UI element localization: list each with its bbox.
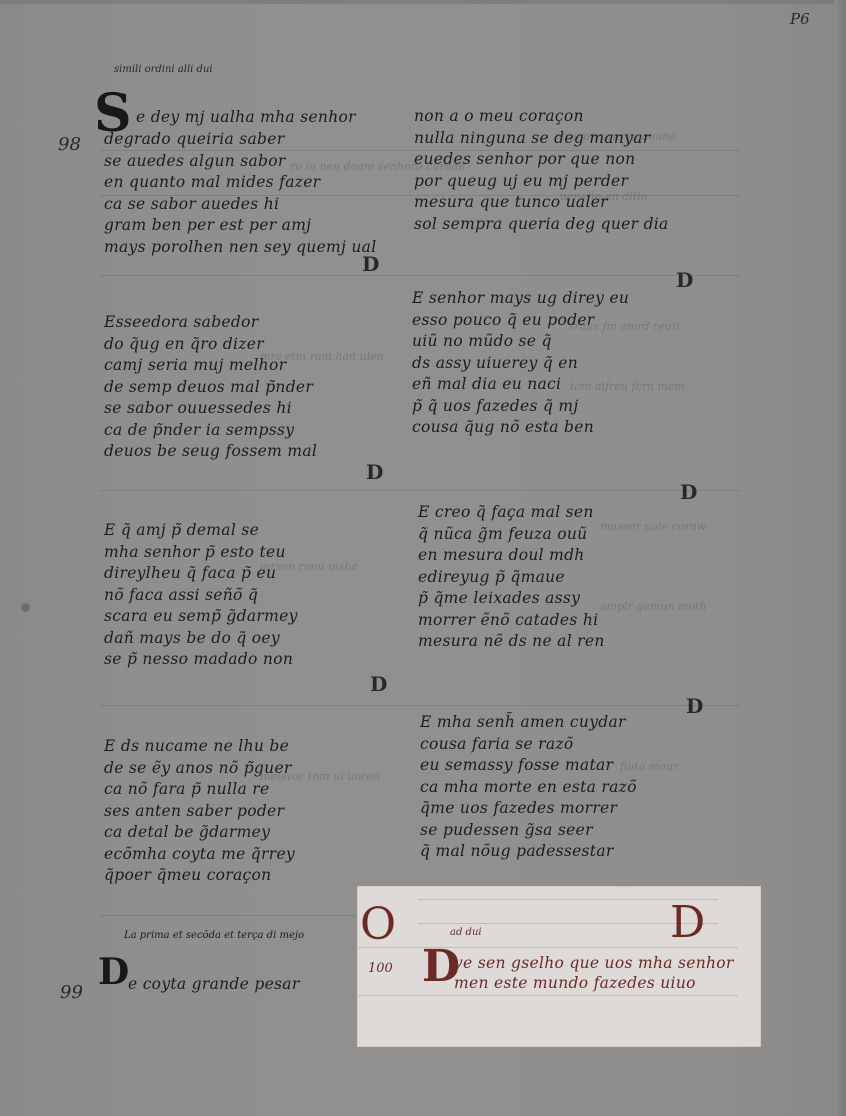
decorated-initial-d: D <box>98 952 129 992</box>
verse-line: direylheu q̃ faca p̃ eu <box>104 563 298 585</box>
verse-line: cousa q̃ug nõ esta ben <box>412 417 629 439</box>
verse-line: ecõmha coyta me q̃rrey <box>104 844 295 866</box>
rubric-poem-100: ad dui <box>450 927 482 938</box>
verse-line: non a o meu coraçon <box>414 106 669 128</box>
verse-line: en quanto mal mides fazer <box>104 172 376 194</box>
ruling-line <box>100 275 740 276</box>
poem-number-99: 99 <box>60 982 83 1003</box>
poem-number-100: 100 <box>368 961 393 976</box>
stanza-right-1: non a o meu coraçon nulla ninguna se deg… <box>414 106 669 235</box>
page-right-edge <box>834 0 846 1116</box>
verse-line: p̃ q̃me leixades assy <box>418 588 605 610</box>
verse-line: ca nõ fara p̃ nulla re <box>104 779 295 801</box>
page-top-edge <box>0 0 846 4</box>
verse-line: mesura nẽ ds ne al ren <box>418 631 605 653</box>
ruling-line <box>100 490 740 491</box>
verse-line: esso pouco q̃ eu poder <box>412 310 629 332</box>
verse-line: ca se sabor auedes hi <box>104 194 376 216</box>
verse-line: por queug uj eu mj perder <box>414 171 669 193</box>
verse-line: dañ mays be do q̃ oey <box>104 628 298 650</box>
verse-line: sol sempra queria deg quer dia <box>414 214 669 236</box>
verse-line: nõ faca assi señõ q̃ <box>104 585 298 607</box>
verse-line: e dey mj ualha mha senhor <box>136 107 356 129</box>
stanza-left-3: E q̃ amj p̃ demal se mha senhor p̃ esto … <box>104 520 298 671</box>
stanza-left-1: e dey mj ualha mha senhor <box>136 107 356 129</box>
verse-line: eu semassy fosse matar <box>420 755 637 777</box>
ruling-line <box>100 915 360 916</box>
highlighted-region: O D ad dui 100 D ve sen gselho que uos m… <box>357 886 761 1047</box>
verse-line: se p̃ nesso madado non <box>104 649 298 671</box>
ruling-line <box>100 705 740 706</box>
verse-line: en mesura doul mdh <box>418 545 605 567</box>
ink-blot <box>21 603 30 612</box>
poem-number-98: 98 <box>58 134 81 155</box>
folio-number: P6 <box>790 10 810 28</box>
verse-line: E ds nucame ne lhu be <box>104 736 295 758</box>
verse-line: ca mha morte en esta razõ <box>420 777 637 799</box>
verse-line: ca detal be g̃darmey <box>104 822 295 844</box>
verse-line: morrer ẽnõ catades hi <box>418 610 605 632</box>
verse-line: ca de p̃nder ia sempssy <box>104 420 317 442</box>
verse-line: mays porolhen nen sey quemj ual <box>104 237 376 259</box>
verse-line: q̃me uos fazedes morrer <box>420 798 637 820</box>
stanza-marker: D <box>680 480 697 504</box>
rubric-heading: simili ordini alli dui <box>114 64 213 75</box>
stanza-right-4: E mha senh̃ amen cuydar cousa faria se r… <box>420 712 637 863</box>
verse-line: mesura que tunco ualer <box>414 192 669 214</box>
stanza-marker: D <box>676 268 693 292</box>
ruling-line <box>358 995 738 996</box>
stanza-left-4: E ds nucame ne lhu be de se ẽy anos nõ p… <box>104 736 295 887</box>
verse-line: nulla ninguna se deg manyar <box>414 128 669 150</box>
partial-initial-left: O <box>360 901 396 949</box>
stanza-marker: D <box>366 460 383 484</box>
verse-line: men este mundo fazedes uiuo <box>454 973 696 995</box>
verse-line: q̃ mal nõug padessestar <box>420 841 637 863</box>
verse-line: de semp deuos mal p̃nder <box>104 377 317 399</box>
verse-line: deuos be seug fossem mal <box>104 441 317 463</box>
stanza-left-2: Esseedora sabedor do q̃ug en q̃ro dizer … <box>104 312 317 463</box>
bleed-through-text: maseer uole curaw <box>600 520 706 533</box>
verse-line: ds assy uiuerey q̃ en <box>412 353 629 375</box>
verse-line: scara eu semp̃ g̃darmey <box>104 606 298 628</box>
rubric-poem-99: La prima et secõda et terça di mejo <box>124 930 304 941</box>
verse-line: eñ mal dia eu naci <box>412 374 629 396</box>
verse-line: q̃poer q̃meu coraçon <box>104 865 295 887</box>
verse-line: se auedes algun sabor <box>104 151 376 173</box>
verse-line: E senhor mays ug direy eu <box>412 288 629 310</box>
stanza-marker: D <box>686 694 703 718</box>
manuscript-page: ro in nen doam senhoro curnan tronon ure… <box>0 0 846 1116</box>
verse-line: E mha senh̃ amen cuydar <box>420 712 637 734</box>
verse-line: se sabor ouuessedes hi <box>104 398 317 420</box>
verse-line: gram ben per est per amj <box>104 215 376 237</box>
verse-line: ses anten saber poder <box>104 801 295 823</box>
verse-line: mha senhor p̃ esto teu <box>104 542 298 564</box>
verse-line: edireyug p̃ q̃maue <box>418 567 605 589</box>
stanza-marker: D <box>370 672 387 696</box>
verse-line: e coyta grande pesar <box>128 974 300 996</box>
verse-line: euedes senhor por que non <box>414 149 669 171</box>
bleed-through-text: amplr gemun moth <box>600 600 707 613</box>
verse-line: ve sen gselho que uos mha senhor <box>454 953 734 975</box>
verse-line: camj seria muj melhor <box>104 355 317 377</box>
stanza-marker: D <box>362 252 379 276</box>
verse-line: p̃ q̃ uos fazedes q̃ mj <box>412 396 629 418</box>
stanza-right-3: E creo q̃ faça mal sen q̃ nũca g̃m feuza… <box>418 502 605 653</box>
verse-line: uiũ no mũdo se q̃ <box>412 331 629 353</box>
verse-line: Esseedora sabedor <box>104 312 317 334</box>
partial-initial-right: D <box>670 899 705 947</box>
verse-line: degrado queiria saber <box>104 129 376 151</box>
verse-line: E q̃ amj p̃ demal se <box>104 520 298 542</box>
verse-line: do q̃ug en q̃ro dizer <box>104 334 317 356</box>
stanza-left-1-cont: degrado queiria saber se auedes algun sa… <box>104 129 376 258</box>
verse-line: cousa faria se razõ <box>420 734 637 756</box>
stanza-right-2: E senhor mays ug direy eu esso pouco q̃ … <box>412 288 629 439</box>
verse-line: se pudessen g̃sa seer <box>420 820 637 842</box>
verse-line: de se ẽy anos nõ p̃guer <box>104 758 295 780</box>
verse-line: q̃ nũca g̃m feuza ouũ <box>418 524 605 546</box>
verse-line: E creo q̃ faça mal sen <box>418 502 605 524</box>
